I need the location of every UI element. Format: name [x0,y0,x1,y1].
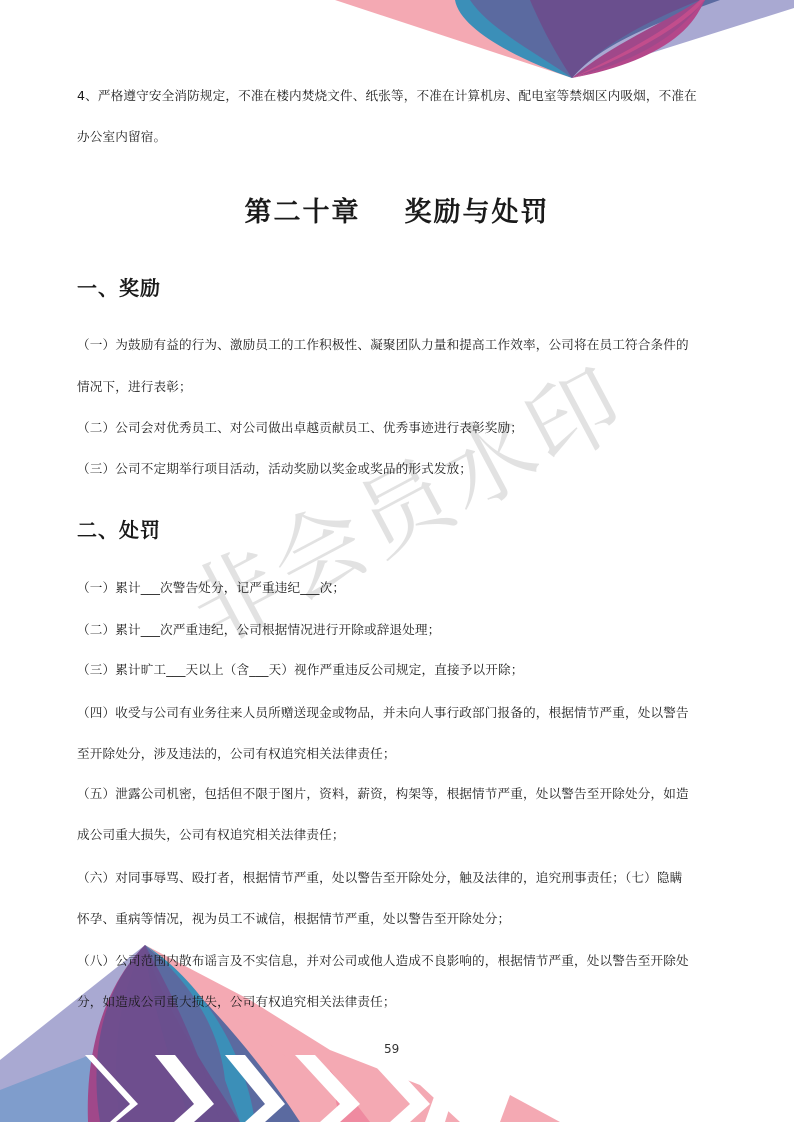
paragraph-line: （三）公司不定期举行项目活动，活动奖励以奖金或奖品的形式发放； [77,450,722,487]
penalty-item-5: （五）泄露公司机密，包括但不限于图片，资料，薪资，构架等，根据情节严重，处以警告… [77,775,722,853]
paragraph-line: 分，如造成公司重大损失，公司有权追究相关法律责任； [77,983,722,1020]
penalty-item-1: （一）累计___次警告处分，记严重违纪___次； [77,569,722,606]
section-heading-rewards: 一、奖励 [77,272,161,301]
paragraph-line: 情况下，进行表彰； [77,368,722,405]
reward-item-2: （二）公司会对优秀员工、对公司做出卓越贡献员工、优秀事迹进行表彰奖励； [77,409,722,446]
paragraph-line: （四）收受与公司有业务往来人员所赠送现金或物品，并未向人事行政部门报备的，根据情… [77,694,722,731]
paragraph-line: 至开除处分，涉及违法的，公司有权追究相关法律责任； [77,735,722,772]
paragraph-line: （一）为鼓励有益的行为、激励员工的工作积极性、凝聚团队力量和提高工作效率，公司将… [77,326,722,363]
page-number: 59 [384,1042,399,1056]
paragraph-line: （三）累计旷工___天以上（含___天）视作严重违反公司规定，直接予以开除； [77,651,722,688]
paragraph-line: 怀孕、重病等情况，视为员工不诚信，根据情节严重，处以警告至开除处分； [77,900,722,937]
chapter-name: 奖励与处罚 [405,197,550,228]
penalty-item-2: （二）累计___次严重违纪，公司根据情况进行开除或辞退处理； [77,611,722,648]
chapter-title: 第二十章奖励与处罚 [77,190,717,229]
penalty-item-4: （四）收受与公司有业务往来人员所赠送现金或物品，并未向人事行政部门报备的，根据情… [77,694,722,772]
header-decoration [0,0,794,80]
paragraph-line: （八）公司范围内散布谣言及不实信息，并对公司或他人造成不良影响的，根据情节严重，… [77,942,722,979]
paragraph-line: 4、严格遵守安全消防规定，不准在楼内焚烧文件、纸张等，不准在计算机房、配电室等禁… [77,77,722,114]
paragraph-line: 成公司重大损失，公司有权追究相关法律责任； [77,816,722,853]
penalty-item-8: （八）公司范围内散布谣言及不实信息，并对公司或他人造成不良影响的，根据情节严重，… [77,942,722,1020]
penalty-item-3: （三）累计旷工___天以上（含___天）视作严重违反公司规定，直接予以开除； [77,651,722,688]
intro-paragraph: 4、严格遵守安全消防规定，不准在楼内焚烧文件、纸张等，不准在计算机房、配电室等禁… [77,77,722,155]
paragraph-line: （一）累计___次警告处分，记严重违纪___次； [77,569,722,606]
paragraph-line: （二）公司会对优秀员工、对公司做出卓越贡献员工、优秀事迹进行表彰奖励； [77,409,722,446]
section-heading-penalties: 二、处罚 [77,514,161,543]
paragraph-line: 办公室内留宿。 [77,118,722,155]
penalty-item-6-7: （六）对同事辱骂、殴打者，根据情节严重，处以警告至开除处分，触及法律的，追究刑事… [77,859,722,937]
reward-item-1: （一）为鼓励有益的行为、激励员工的工作积极性、凝聚团队力量和提高工作效率，公司将… [77,326,722,405]
chapter-number: 第二十章 [245,197,361,228]
paragraph-line: （五）泄露公司机密，包括但不限于图片，资料，薪资，构架等，根据情节严重，处以警告… [77,775,722,812]
paragraph-line: （六）对同事辱骂、殴打者，根据情节严重，处以警告至开除处分，触及法律的，追究刑事… [77,859,722,896]
paragraph-line: （二）累计___次严重违纪，公司根据情况进行开除或辞退处理； [77,611,722,648]
reward-item-3: （三）公司不定期举行项目活动，活动奖励以奖金或奖品的形式发放； [77,450,722,487]
